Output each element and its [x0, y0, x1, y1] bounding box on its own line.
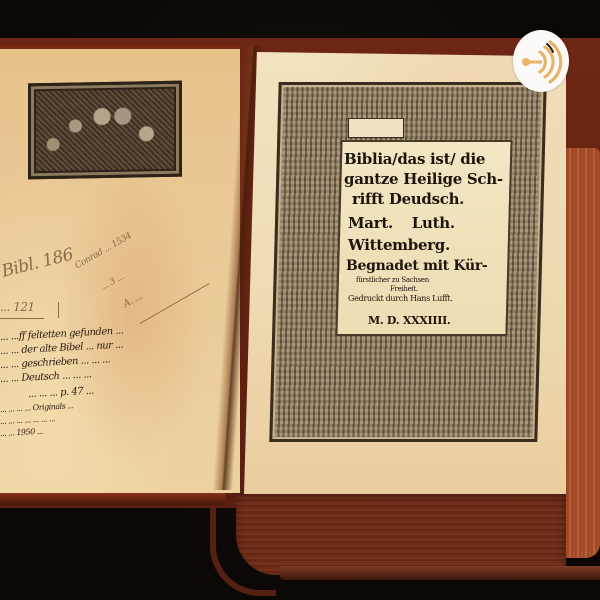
title-line: Mart. Luth. — [348, 214, 455, 232]
title-line: rifft Deudsch. — [352, 190, 464, 208]
book-fore-edge — [565, 148, 600, 558]
marginalia-number: ... 121 — [0, 300, 35, 314]
podcast-logo — [513, 30, 569, 92]
photo-scene: Bibl. 186 ... 121 Conrad ... 1534 ... 3 … — [0, 0, 600, 600]
title-line: Begnadet mit Kür- — [346, 258, 487, 274]
subtitle-line: fürstlicher zu Sachsen — [356, 276, 429, 284]
book-page-block-bottom — [236, 490, 566, 575]
marginalia-tick — [58, 302, 59, 318]
title-line: gantze Heilige Sch- — [344, 170, 503, 188]
marginalia-underline — [0, 318, 44, 319]
subtitle-line: Freiheit. — [390, 285, 418, 293]
bookplate-woodcut — [28, 81, 182, 180]
woodcut-label-cartouche — [348, 118, 404, 138]
printer-line: Gedruckt durch Hans Lufft. — [348, 294, 452, 303]
date-line: M. D. XXXIIII. — [368, 314, 450, 327]
title-line: Biblia/das ist/ die — [344, 150, 485, 168]
title-line: Wittemberg. — [348, 236, 450, 254]
book-cover-bottom-edge — [280, 566, 600, 580]
